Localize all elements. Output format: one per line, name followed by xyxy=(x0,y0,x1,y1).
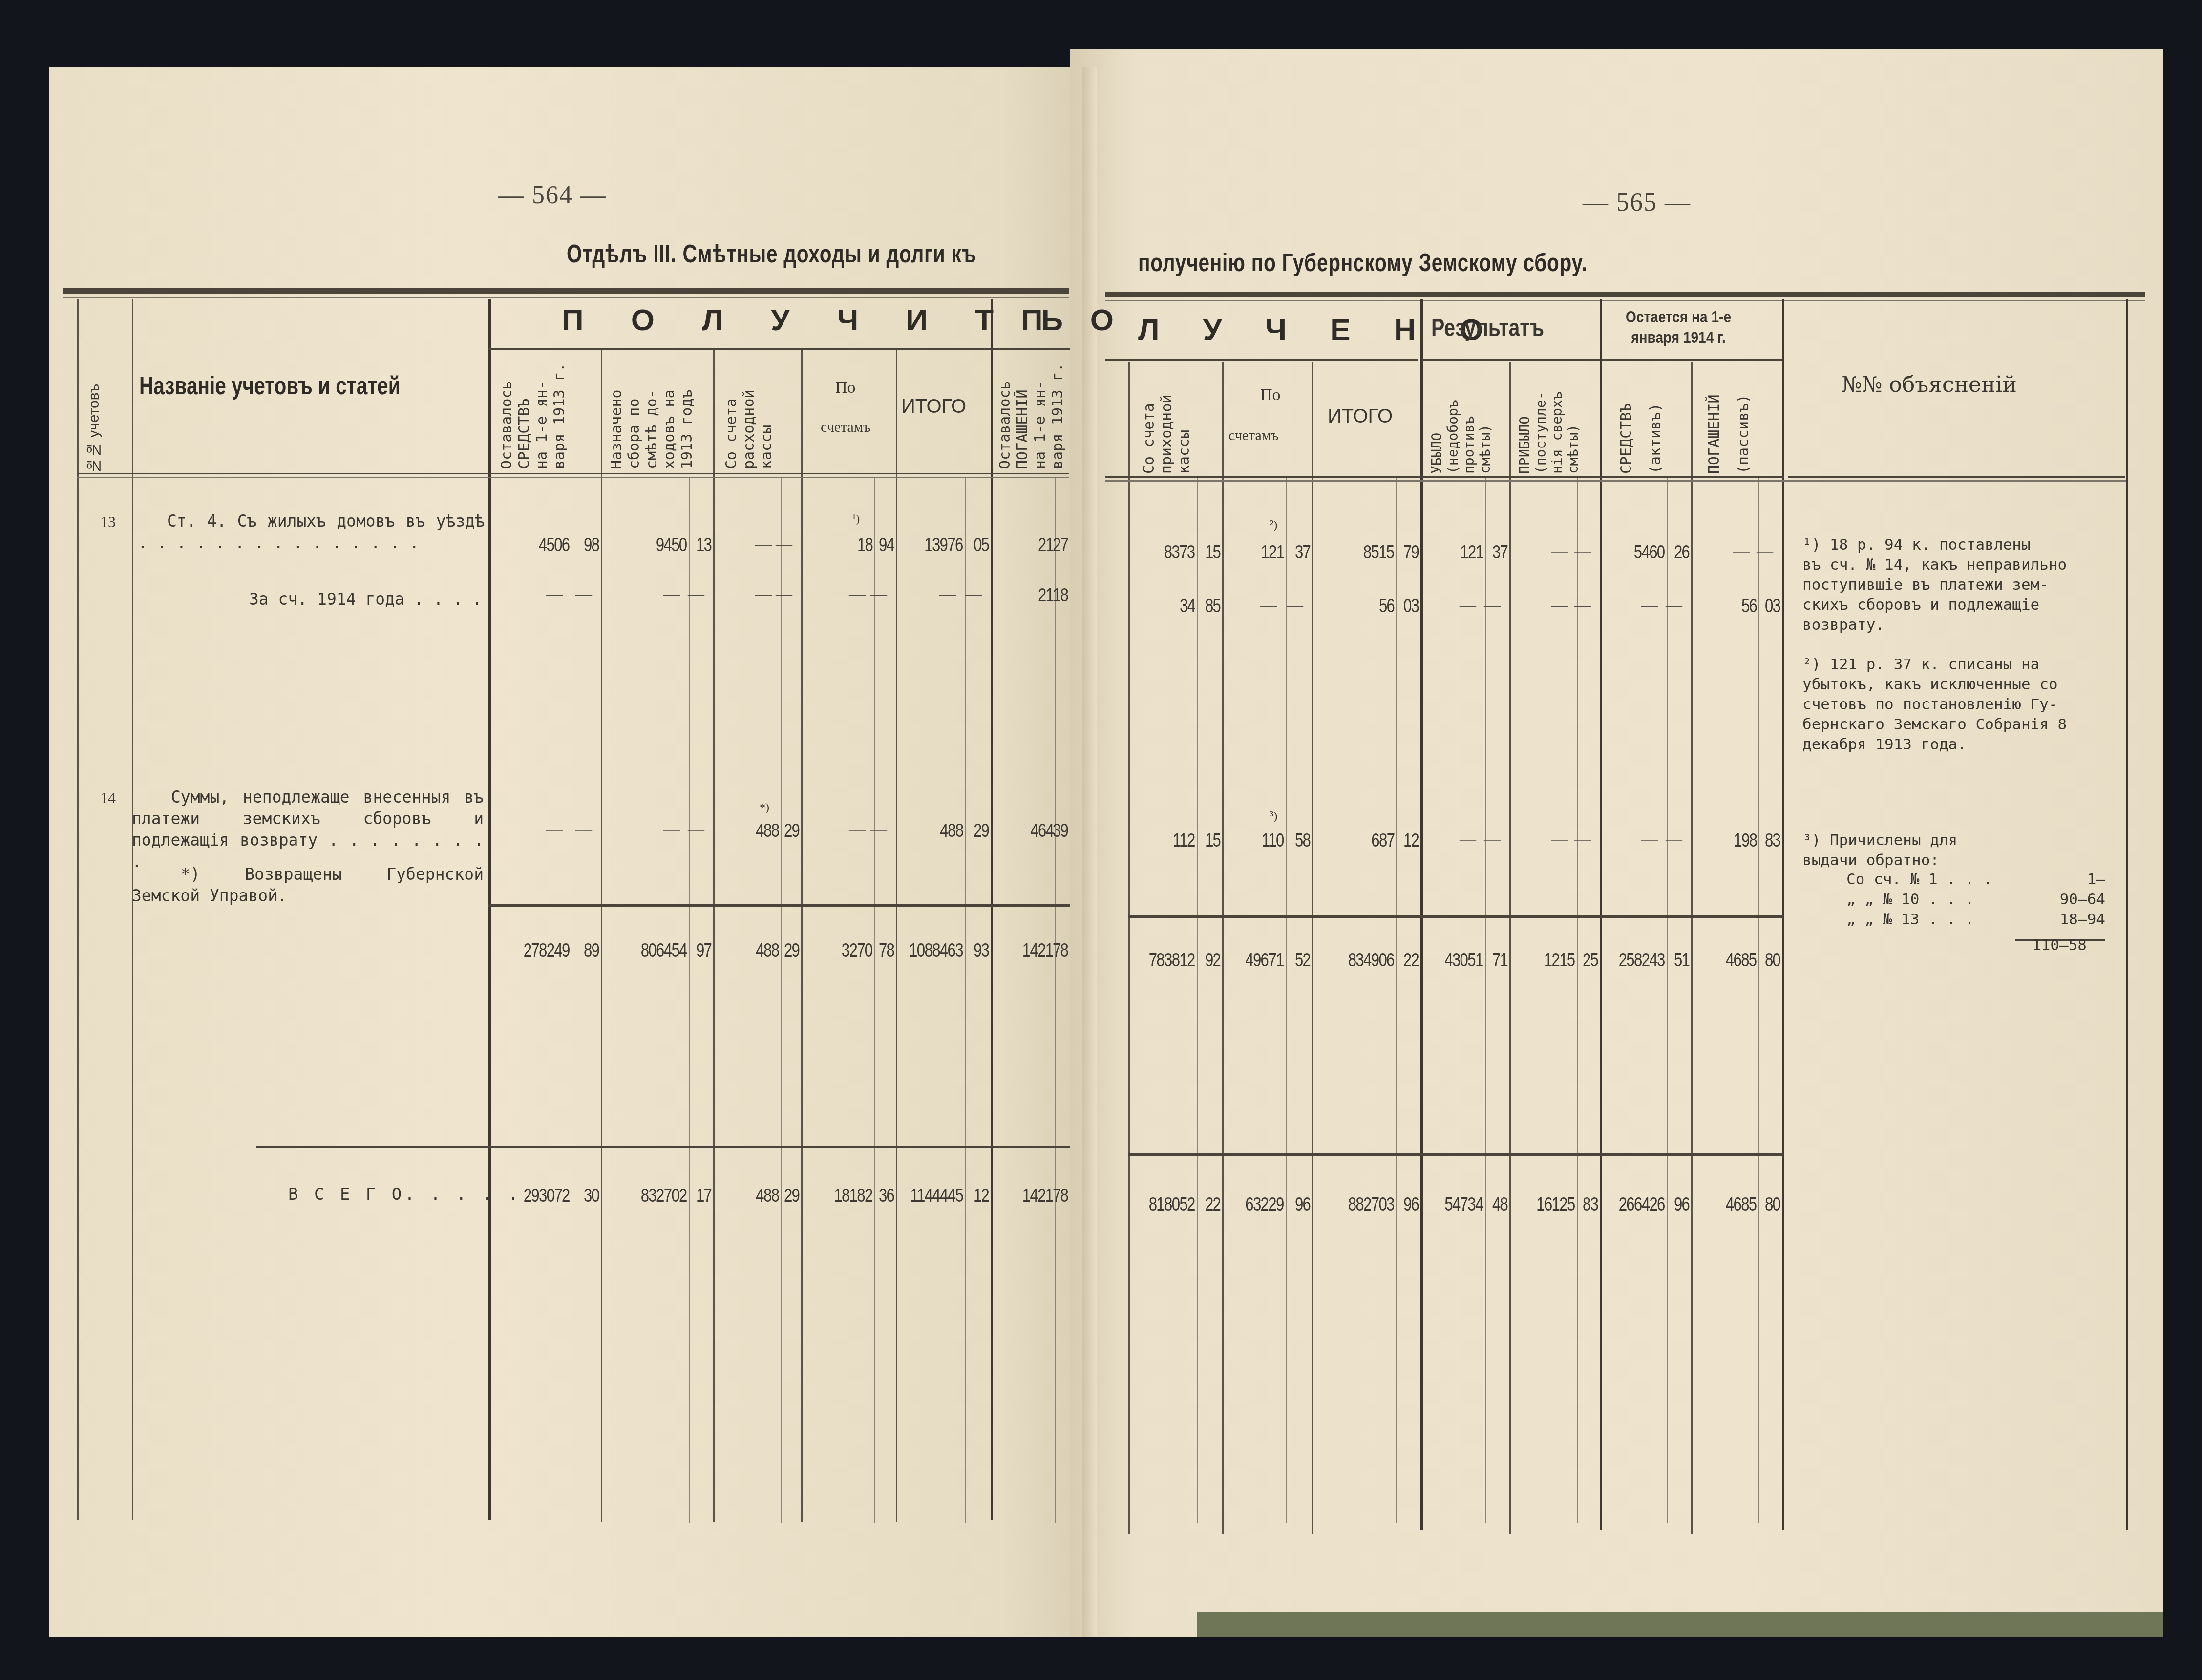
table-cell-value: 112 xyxy=(1173,830,1195,851)
row-13-name: Ст. 4. Съ жилыхъ домовъ въ уѣздѣ . . . .… xyxy=(138,510,485,553)
footnote-3-line-value: 18—94 xyxy=(2060,910,2105,930)
table-cell-value: 9450 xyxy=(656,535,687,556)
col-rule xyxy=(132,299,133,1520)
table-cell-value: 43051 xyxy=(1445,950,1483,971)
table-cell-value: 121 xyxy=(1460,542,1483,563)
table-cell-value: 05 xyxy=(974,535,989,556)
footnote-3-line-label: „ „ № 10 . . . xyxy=(1846,890,1974,910)
left-page-title: Отдѣлъ III. Смѣтные доходы и долги къ xyxy=(567,239,976,269)
table-cell-value: — xyxy=(849,821,866,839)
table-cell-value: — xyxy=(1484,830,1501,849)
table-cell-value: 48 xyxy=(1492,1194,1507,1215)
table-cell-value: 25 xyxy=(1583,950,1598,971)
footnote-3-line: Со сч. № 1 . . .1— xyxy=(1846,870,2105,890)
table-cell-value: 3270 xyxy=(842,940,872,961)
header-by-accounts-top-right: По xyxy=(1260,386,1281,404)
footnote-mark-3: ³) xyxy=(1270,810,1277,823)
col-rule xyxy=(601,350,602,1522)
col-rule xyxy=(77,299,79,1520)
kopeck-rule xyxy=(689,478,690,1523)
table-top-rule-left xyxy=(63,288,1069,294)
table-cell-value: 15 xyxy=(1205,542,1220,563)
group-header-rule xyxy=(1421,359,1783,361)
col-rule xyxy=(1691,362,1693,1534)
header-remains: Остается на 1-е января 1914 г. xyxy=(1612,307,1745,348)
table-cell-value: 03 xyxy=(1403,596,1419,617)
table-cell-value: 54734 xyxy=(1445,1194,1483,1215)
table-cell-value: 96 xyxy=(1403,1194,1419,1215)
subtotal-rule xyxy=(488,904,1070,907)
col-rule xyxy=(896,350,897,1522)
table-cell-value: 80 xyxy=(1765,1194,1780,1215)
table-cell-value: — xyxy=(1574,830,1591,849)
table-cell-value: 96 xyxy=(1674,1194,1689,1215)
col-rule xyxy=(1420,299,1423,1530)
group-header-rule xyxy=(488,348,1070,350)
table-cell-value: — xyxy=(939,585,956,604)
table-cell-value: — xyxy=(546,585,563,604)
footnote-3-line: „ „ № 13 . . .18—94 xyxy=(1846,910,2105,930)
kopeck-rule xyxy=(781,478,782,1523)
kopeck-rule xyxy=(1758,478,1759,1523)
table-cell-value: 29 xyxy=(784,821,799,842)
footnote-3-line-value: 1— xyxy=(2087,870,2105,890)
table-cell-value: — xyxy=(1460,596,1476,615)
table-cell-value: 278249 xyxy=(524,940,570,961)
table-cell-value: — xyxy=(1287,596,1303,615)
footnote-3-line-value: 90—64 xyxy=(2060,890,2105,910)
col-rule xyxy=(801,350,803,1522)
left-page-number: — 564 — xyxy=(498,181,607,210)
table-cell-value: 94 xyxy=(879,535,894,556)
table-cell-value: 1088463 xyxy=(909,940,963,961)
header-bottom-double-rule xyxy=(77,477,1069,478)
table-cell-value: 80 xyxy=(1765,950,1780,971)
table-cell-value: 85 xyxy=(1205,596,1220,617)
header-total-right: ИТОГО xyxy=(1328,405,1393,427)
header-bottom-rule xyxy=(77,473,1069,474)
col-rule xyxy=(1782,299,1784,1530)
table-cell-value: — xyxy=(1551,542,1568,561)
kopeck-rule xyxy=(1055,478,1056,1523)
table-cell-value: — xyxy=(870,821,887,839)
header-gain: ПРИБЫЛО (поступле- нія сверхъ смѣты) xyxy=(1517,371,1581,474)
right-page-number: — 565 — xyxy=(1583,188,1691,217)
table-cell-value: 17 xyxy=(696,1186,711,1207)
table-cell-value: 34 xyxy=(1180,596,1195,617)
col-rule xyxy=(1222,362,1224,1534)
table-cell-value: 1421 xyxy=(1022,1186,1053,1207)
header-explanations: №№ объясненій xyxy=(1842,372,2017,397)
table-cell-value: 18 xyxy=(1053,585,1068,606)
table-cell-value: 488 xyxy=(756,940,779,961)
header-loss: УБЫЛО (недоборъ противъ смѣты) xyxy=(1429,371,1493,474)
table-cell-value: — xyxy=(575,585,592,604)
header-repayments: ПОГАШЕНІЙ (пассивъ) xyxy=(1700,371,1758,474)
table-cell-value: — xyxy=(1666,596,1682,615)
table-top-double-rule-left xyxy=(63,297,1069,298)
kopeck-rule xyxy=(572,478,572,1523)
table-cell-value: 56 xyxy=(1741,596,1757,617)
table-cell-value: 29 xyxy=(784,1186,799,1207)
footnote-3-title: ³) Причислены для выдачи обратно: xyxy=(1802,830,2110,871)
table-cell-value: — xyxy=(546,821,563,839)
table-cell-value: 30 xyxy=(584,1186,599,1207)
col-rule xyxy=(1509,362,1511,1534)
table-cell-value: 110 xyxy=(1262,830,1284,851)
kopeck-rule xyxy=(1197,478,1198,1523)
header-receive-group: П О Л У Ч И Т Ь xyxy=(562,303,1082,338)
table-cell-value: — xyxy=(663,585,680,604)
table-cell-value: 806454 xyxy=(641,940,687,961)
table-cell-value: — xyxy=(688,821,704,839)
kopeck-rule xyxy=(1396,478,1397,1523)
table-cell-value: 63229 xyxy=(1246,1194,1284,1215)
col-rule xyxy=(991,299,993,1520)
table-cell-value: — xyxy=(575,821,592,839)
header-remained-funds: Оставалось СРЕДСТВЪ на 1-е ян- варя 1913… xyxy=(498,362,569,469)
table-cell-value: 121 xyxy=(1261,542,1284,563)
table-cell-value: 293072 xyxy=(524,1186,570,1207)
table-cell-value: — xyxy=(776,585,792,604)
footnote-3-line-label: „ „ № 13 . . . xyxy=(1846,910,1974,930)
table-cell-value: — xyxy=(1551,596,1568,615)
table-cell-value: — xyxy=(688,585,704,604)
table-cell-value: 78 xyxy=(879,940,894,961)
col-rule xyxy=(713,350,715,1522)
table-cell-value: 79 xyxy=(1403,542,1419,563)
group-header-rule xyxy=(1105,359,1418,361)
table-cell-value: 818052 xyxy=(1149,1194,1195,1215)
header-remained-repay: Оставалось ПОГАШЕНІЙ на 1-е ян- варя 191… xyxy=(996,362,1067,469)
table-cell-value: 12 xyxy=(1403,830,1419,851)
table-cell-value: 03 xyxy=(1765,596,1780,617)
table-cell-value: — xyxy=(1460,830,1476,849)
header-assigned: Назначено сбора по смѣтѣ до- ходовъ на 1… xyxy=(608,362,696,469)
grand-total-label: В С Е Г О. . . . . xyxy=(288,1185,521,1204)
table-cell-value: — xyxy=(849,585,866,604)
table-cell-value: — xyxy=(755,585,772,604)
subtotal-rule-right xyxy=(1128,915,1783,918)
table-cell-value: 78 xyxy=(1053,1186,1068,1207)
table-cell-value: 488 xyxy=(756,1186,779,1207)
header-account-number: №№ учетовъ xyxy=(85,342,103,474)
footnote-3-lines: Со сч. № 1 . . .1—„ „ № 10 . . .90—64„ „… xyxy=(1846,870,2105,930)
table-cell-value: 834906 xyxy=(1348,950,1394,971)
table-cell-value: 488 xyxy=(756,821,779,842)
table-cell-value: 488 xyxy=(940,821,963,842)
table-cell-value: 83 xyxy=(1583,1194,1598,1215)
header-from-income: Со счета приходной кассы xyxy=(1141,376,1193,474)
header-receive-group-continued: П О xyxy=(1021,303,1133,338)
header-bottom-double-rule-right xyxy=(1105,480,2126,482)
header-total: ИТОГО xyxy=(901,396,966,418)
row-14-name: Суммы, неподлежаще внесенныя въ платежи … xyxy=(132,787,484,872)
table-cell-value: — xyxy=(1260,596,1277,615)
footnote-mark-2: ²) xyxy=(1270,519,1277,532)
table-cell-value: 93 xyxy=(974,940,989,961)
table-cell-value: 22 xyxy=(1403,950,1419,971)
table-cell-value: — xyxy=(1641,830,1658,849)
table-cell-value: 1215 xyxy=(1544,950,1575,971)
header-bottom-rule-right-notes xyxy=(1788,476,2125,478)
table-cell-value: 96 xyxy=(1295,1194,1310,1215)
table-cell-value: 27 xyxy=(1053,535,1068,556)
total-rule xyxy=(256,1146,1070,1148)
col-rule xyxy=(1312,362,1313,1534)
table-cell-value: — xyxy=(1551,830,1568,849)
table-cell-value: 98 xyxy=(584,535,599,556)
table-cell-value: 4685 xyxy=(1726,1194,1757,1215)
table-cell-value: 37 xyxy=(1295,542,1310,563)
table-cell-value: 13 xyxy=(696,535,711,556)
table-cell-value: 12 xyxy=(974,1186,989,1207)
table-cell-value: 83 xyxy=(1765,830,1780,851)
table-cell-value: 258243 xyxy=(1619,950,1665,971)
table-cell-value: 464 xyxy=(1030,821,1053,842)
col-rule xyxy=(1128,362,1130,1534)
table-cell-value: 687 xyxy=(1371,830,1394,851)
table-cell-value: 1144445 xyxy=(910,1186,963,1207)
table-cell-value: 5460 xyxy=(1634,542,1665,563)
kopeck-rule xyxy=(965,478,966,1523)
header-result: Результатъ xyxy=(1431,314,1544,342)
table-cell-value: 783812 xyxy=(1149,950,1195,971)
table-cell-value: — xyxy=(663,821,680,839)
table-cell-value: 22 xyxy=(1205,1194,1220,1215)
table-cell-value: — xyxy=(1574,542,1591,561)
footnote-mark-1: ¹) xyxy=(852,513,860,526)
footnote-3-line-label: Со сч. № 1 . . . xyxy=(1846,870,1992,890)
footnote-mark-star: *) xyxy=(760,801,769,814)
col-rule xyxy=(1600,299,1602,1530)
header-from-expense: Со счета расходной кассы xyxy=(723,362,776,469)
table-cell-value: 97 xyxy=(696,940,711,961)
table-cell-value: 49671 xyxy=(1246,950,1284,971)
table-cell-value: — xyxy=(1666,830,1682,849)
table-cell-value: 37 xyxy=(1492,542,1507,563)
table-cell-value: — xyxy=(1484,596,1501,615)
right-page-title: полученію по Губернскому Земскому сбору. xyxy=(1138,248,1587,277)
header-name: Названіе учетовъ и статей xyxy=(139,371,401,401)
table-cell-value: 36 xyxy=(879,1186,894,1207)
footnote-1: ¹) 18 р. 94 к. поставлены въ сч. № 14, к… xyxy=(1802,535,2110,635)
table-cell-value: — xyxy=(1641,596,1658,615)
kopeck-rule xyxy=(1577,478,1578,1523)
table-cell-value: — xyxy=(1733,542,1750,561)
table-cell-value: — xyxy=(870,585,887,604)
table-cell-value: — xyxy=(755,535,772,553)
col-rule xyxy=(2126,299,2128,1530)
table-cell-value: 39 xyxy=(1053,821,1068,842)
table-cell-value: 15 xyxy=(1205,830,1220,851)
kopeck-rule xyxy=(874,478,875,1523)
table-cell-value: 89 xyxy=(584,940,599,961)
book-cover-edge-bottom xyxy=(1197,1612,2163,1637)
table-cell-value: 4685 xyxy=(1726,950,1757,971)
table-cell-value: 51 xyxy=(1674,950,1689,971)
table-cell-value: 18182 xyxy=(834,1186,872,1207)
table-cell-value: 56 xyxy=(1379,596,1394,617)
row-13b-name: За сч. 1914 года . . . . xyxy=(249,589,484,610)
table-cell-value: 71 xyxy=(1492,950,1507,971)
footnote-3-total: 110—58 xyxy=(2032,936,2087,956)
table-cell-value: 78 xyxy=(1053,940,1068,961)
table-cell-value: 58 xyxy=(1295,830,1310,851)
table-top-rule-right xyxy=(1105,292,2145,297)
table-cell-value: 1421 xyxy=(1022,940,1053,961)
table-cell-value: — xyxy=(1574,596,1591,615)
table-cell-value: 198 xyxy=(1734,830,1757,851)
header-funds: СРЕДСТВЪ (активъ) xyxy=(1612,371,1671,474)
header-by-accounts-bottom: счетамъ xyxy=(821,419,870,436)
footnote-2: ²) 121 р. 37 к. списаны на убытокъ, какъ… xyxy=(1802,655,2110,755)
table-cell-value: 266426 xyxy=(1619,1194,1665,1215)
table-cell-value: 92 xyxy=(1205,950,1220,971)
table-cell-value: 29 xyxy=(974,821,989,842)
table-cell-value: 26 xyxy=(1674,542,1689,563)
table-cell-value: 18 xyxy=(857,535,872,556)
table-top-double-rule-right xyxy=(1105,300,2145,301)
kopeck-rule xyxy=(1286,478,1287,1523)
header-by-accounts-top: По xyxy=(835,379,856,397)
header-by-accounts-bottom-right: счетамъ xyxy=(1228,427,1278,444)
kopeck-rule xyxy=(1667,478,1668,1523)
table-cell-value: 4506 xyxy=(539,535,570,556)
table-cell-value: 882703 xyxy=(1348,1194,1394,1215)
table-cell-value: — xyxy=(965,585,982,604)
kopeck-rule xyxy=(1485,478,1486,1523)
row-14-number: 14 xyxy=(100,789,116,807)
table-cell-value: 16125 xyxy=(1537,1194,1575,1215)
table-cell-value: 29 xyxy=(784,940,799,961)
header-bottom-rule-right xyxy=(1105,476,1784,478)
row-13-number: 13 xyxy=(100,513,116,531)
table-cell-value: 21 xyxy=(1038,585,1053,606)
table-cell-value: 8373 xyxy=(1164,542,1195,563)
table-cell-value: — xyxy=(1757,542,1773,561)
table-cell-value: — xyxy=(776,535,792,553)
table-cell-value: 21 xyxy=(1038,535,1053,556)
table-cell-value: 13976 xyxy=(925,535,963,556)
footnote-3-line: „ „ № 10 . . .90—64 xyxy=(1846,890,2105,910)
table-cell-value: 8515 xyxy=(1363,542,1394,563)
table-cell-value: 832702 xyxy=(641,1186,687,1207)
row-14-note: *) Возвращены Губернской Земской Управой… xyxy=(132,864,484,907)
col-rule xyxy=(488,299,491,1520)
table-cell-value: 52 xyxy=(1295,950,1310,971)
total-rule-right xyxy=(1128,1153,1783,1156)
